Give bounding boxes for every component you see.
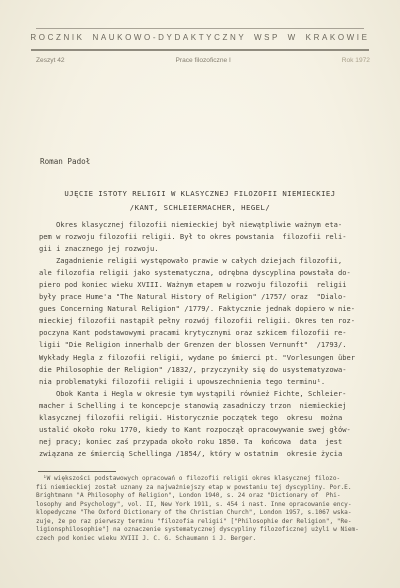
text-line: zuje, że po raz pierwszy terminu "filozo…	[36, 518, 368, 527]
text-line: die Philosophie der Religion" /1832/, pr…	[39, 364, 365, 376]
header-mid-rule	[31, 49, 369, 51]
text-line: ligii "Die Religion innerhalb der Grenze…	[39, 339, 365, 351]
text-line: ligionsphilosophie"] na oznaczenie syste…	[36, 526, 368, 535]
text-line: ¹W większości podstawowych opracowań o f…	[36, 475, 368, 484]
text-line: gii i znacznego jej rozwoju.	[39, 243, 365, 255]
text-line: ustalić około roku 1770, kiedy to Kant r…	[39, 424, 365, 436]
text-line: związana ze śmiercią Schellinga /1854/, …	[39, 448, 365, 460]
text-line: piero pod koniec wieku XVIII. Ważnym eta…	[39, 279, 365, 291]
article-author: Roman Padoł	[40, 157, 90, 166]
article-body: Okres klasycznej filozofii niemieckiej b…	[39, 219, 365, 460]
text-line: nej pracy; koniec zaś przypada około rok…	[39, 436, 365, 448]
text-line: pem w rozwoju filozofii religii. Był to …	[39, 231, 365, 243]
text-line: mieckiej filozofii nastąpił pełny rozwój…	[39, 315, 365, 327]
footnote: ¹W większości podstawowych opracowań o f…	[36, 475, 368, 543]
footnote-separator-rule	[38, 471, 116, 472]
paragraph-3: Obok Kanta i Hegla w okresie tym wystąpi…	[39, 388, 365, 460]
paragraph-1: Okres klasycznej filozofii niemieckiej b…	[39, 219, 365, 255]
text-line: ale filozofia religii jako systematyczna…	[39, 267, 365, 279]
text-line: Wykłady Hegla z filozofii religii, wydan…	[39, 352, 365, 364]
text-line: Obok Kanta i Hegla w okresie tym wystąpi…	[39, 388, 365, 400]
text-line: czech pod koniec wieku XVIII J. C. G. Sc…	[36, 535, 368, 544]
text-line: nia problematyki filozofii religii i upo…	[39, 376, 365, 388]
article-title-line1: UJĘCIE ISTOTY RELIGII W KLASYCZNEJ FILOZ…	[0, 189, 400, 198]
text-line: macher i Schelling i te koncepcje stanow…	[39, 400, 365, 412]
text-line: Zagadnienie religii występowało prawie w…	[39, 255, 365, 267]
journal-issue: Zeszyt 42	[36, 57, 65, 64]
text-line: losophy and Psychology", vol. II, New Yo…	[36, 501, 368, 510]
article-title: UJĘCIE ISTOTY RELIGII W KLASYCZNEJ FILOZ…	[0, 189, 400, 212]
text-line: były prace Hume'a "The Natural History o…	[39, 291, 365, 303]
journal-year: Rok 1972	[342, 57, 370, 64]
text-line: fii niemieckiej został uznany za najważn…	[36, 484, 368, 493]
text-line: klopedyczne "The Oxford Dictionary of th…	[36, 509, 368, 518]
header-top-rule	[36, 28, 364, 29]
text-line: poczyna Kant podstawowymi pracami krytyc…	[39, 327, 365, 339]
journal-meta-row: Zeszyt 42 Prace filozoficzne I Rok 1972	[36, 57, 370, 64]
text-line: Brightmann "A Philosophy of Religion", L…	[36, 492, 368, 501]
paragraph-2: Zagadnienie religii występowało prawie w…	[39, 255, 365, 388]
article-title-line2: /KANT, SCHLEIERMACHER, HEGEL/	[0, 203, 400, 212]
text-line: gues Concerning Natural Religion" /1779/…	[39, 303, 365, 315]
text-line: klasycznej filozofii religii. Historyczn…	[39, 412, 365, 424]
scanned-journal-page: ROCZNIK NAUKOWO-DYDAKTYCZNY WSP W KRAKOW…	[0, 0, 400, 588]
journal-title: ROCZNIK NAUKOWO-DYDAKTYCZNY WSP W KRAKOW…	[0, 33, 400, 42]
text-line: Okres klasycznej filozofii niemieckiej b…	[39, 219, 365, 231]
journal-series: Prace filozoficzne I	[176, 57, 231, 64]
